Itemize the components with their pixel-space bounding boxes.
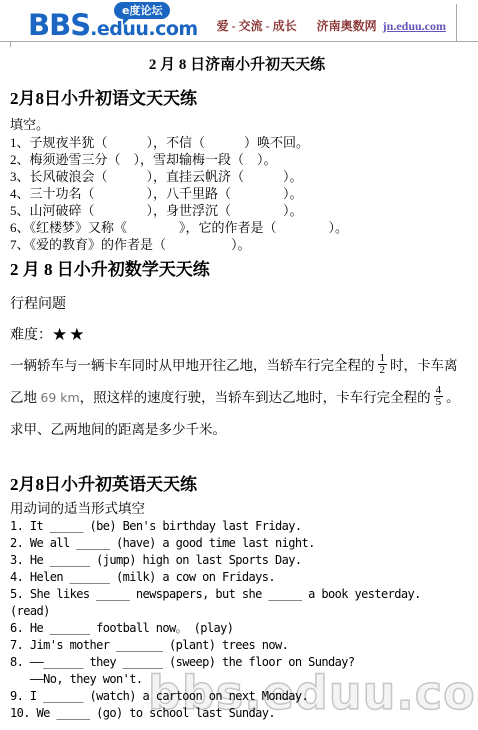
header-divider-tick [10, 41, 11, 47]
logo-com-text: .com [148, 18, 197, 40]
chinese-item: 6、《红楼梦》又称《 》，它的作者是（ ）。 [10, 219, 464, 236]
english-instruction: 用动词的适当形式填空 [10, 500, 464, 518]
chinese-item: 1、子规夜半犹（ ），不信（ ）唤不回。 [10, 134, 464, 151]
site-name-text: 济南奥数网 [317, 19, 377, 33]
math-topic: 行程问题 [10, 295, 464, 314]
chinese-section-heading: 2月8日小升初语文天天练 [10, 88, 464, 110]
english-question: 8. ——______ they ______ (sweep) the floo… [10, 654, 464, 671]
logo-bbs-text: BBS [28, 8, 90, 42]
slogan-text: 爱 - 交流 - 成长 [217, 19, 297, 33]
english-question: 2. We all _____ (have) a good time last … [10, 535, 464, 552]
chinese-item: 7、《爱的教育》的作者是（ ）。 [10, 236, 464, 253]
english-question: 9. I ______ (watch) a cartoon on next Mo… [10, 688, 464, 705]
math-section-heading: 2 月 8 日小升初数学天天练 [10, 259, 464, 281]
logo-u-leaf-icon: u [135, 18, 148, 40]
fraction-denominator: 5 [434, 396, 444, 409]
chinese-item: 2、梅须逊雪三分（ ），雪却输梅一段（ ）。 [10, 151, 464, 168]
english-question: 3. He ______ (jump) high on last Sports … [10, 552, 464, 569]
fraction-denominator: 2 [378, 364, 388, 377]
math-problem-segment: 一辆轿车与一辆卡车同时从甲地开往乙地，当轿车行完全程的 [10, 358, 375, 373]
logo-domain-text: .eduu.com [90, 18, 198, 40]
fraction-numerator: 1 [378, 353, 388, 365]
document-body: 2 月 8 日济南小升初天天练 2月8日小升初语文天天练 填空。 1、子规夜半犹… [0, 55, 478, 722]
page-title: 2 月 8 日济南小升初天天练 [10, 55, 464, 75]
header-tagline: 爱 - 交流 - 成长济南奥数网jn.eduu.com [217, 17, 446, 34]
header-divider-vertical [456, 4, 457, 41]
chinese-item: 4、三十功名（ ），八千里路（ ）。 [10, 185, 464, 202]
site-logo[interactable]: BBS.eduu.com e度论坛 [28, 8, 198, 42]
fraction-four-fifths: 45 [434, 385, 444, 409]
english-question: 5. She likes _____ newspapers, but she _… [10, 586, 464, 620]
english-question: 6. He ______ football now。 (play) [10, 620, 464, 637]
math-problem-text: 一辆轿车与一辆卡车同时从甲地开往乙地，当轿车行完全程的12时，卡车离乙地 69 … [10, 350, 464, 446]
english-question: ——No, they won't. [10, 671, 464, 688]
chinese-item: 5、山河破碎（ ），身世浮沉（ ）。 [10, 202, 464, 219]
chinese-item: 3、长风破浪会（ ），直挂云帆济（ ）。 [10, 168, 464, 185]
fraction-numerator: 4 [434, 385, 444, 397]
forum-bubble-badge: e度论坛 [114, 2, 170, 19]
math-difficulty: 难度：★★ [10, 325, 464, 346]
difficulty-label: 难度： [10, 328, 52, 343]
english-question: 4. Helen ______ (milk) a cow on Fridays. [10, 569, 464, 586]
site-link[interactable]: jn.eduu.com [383, 19, 446, 33]
english-question: 1. It _____ (be) Ben's birthday last Fri… [10, 518, 464, 535]
english-question: 7. Jim's mother _______ (plant) trees no… [10, 637, 464, 654]
english-section-heading: 2月8日小升初英语天天练 [10, 474, 464, 496]
fraction-one-half: 12 [378, 353, 388, 377]
site-header: BBS.eduu.com e度论坛 爱 - 交流 - 成长济南奥数网jn.edu… [0, 0, 478, 42]
math-problem-segment: ，照这样的速度行驶，当轿车到达乙地时，卡车行完全程的 [80, 390, 431, 405]
page: BBS.eduu.com e度论坛 爱 - 交流 - 成长济南奥数网jn.edu… [0, 0, 478, 730]
english-question: 10. We _____ (go) to school last Sunday. [10, 705, 464, 722]
difficulty-stars: ★★ [52, 325, 86, 344]
distance-value: 69 km [40, 390, 79, 405]
chinese-instruction: 填空。 [10, 116, 464, 134]
